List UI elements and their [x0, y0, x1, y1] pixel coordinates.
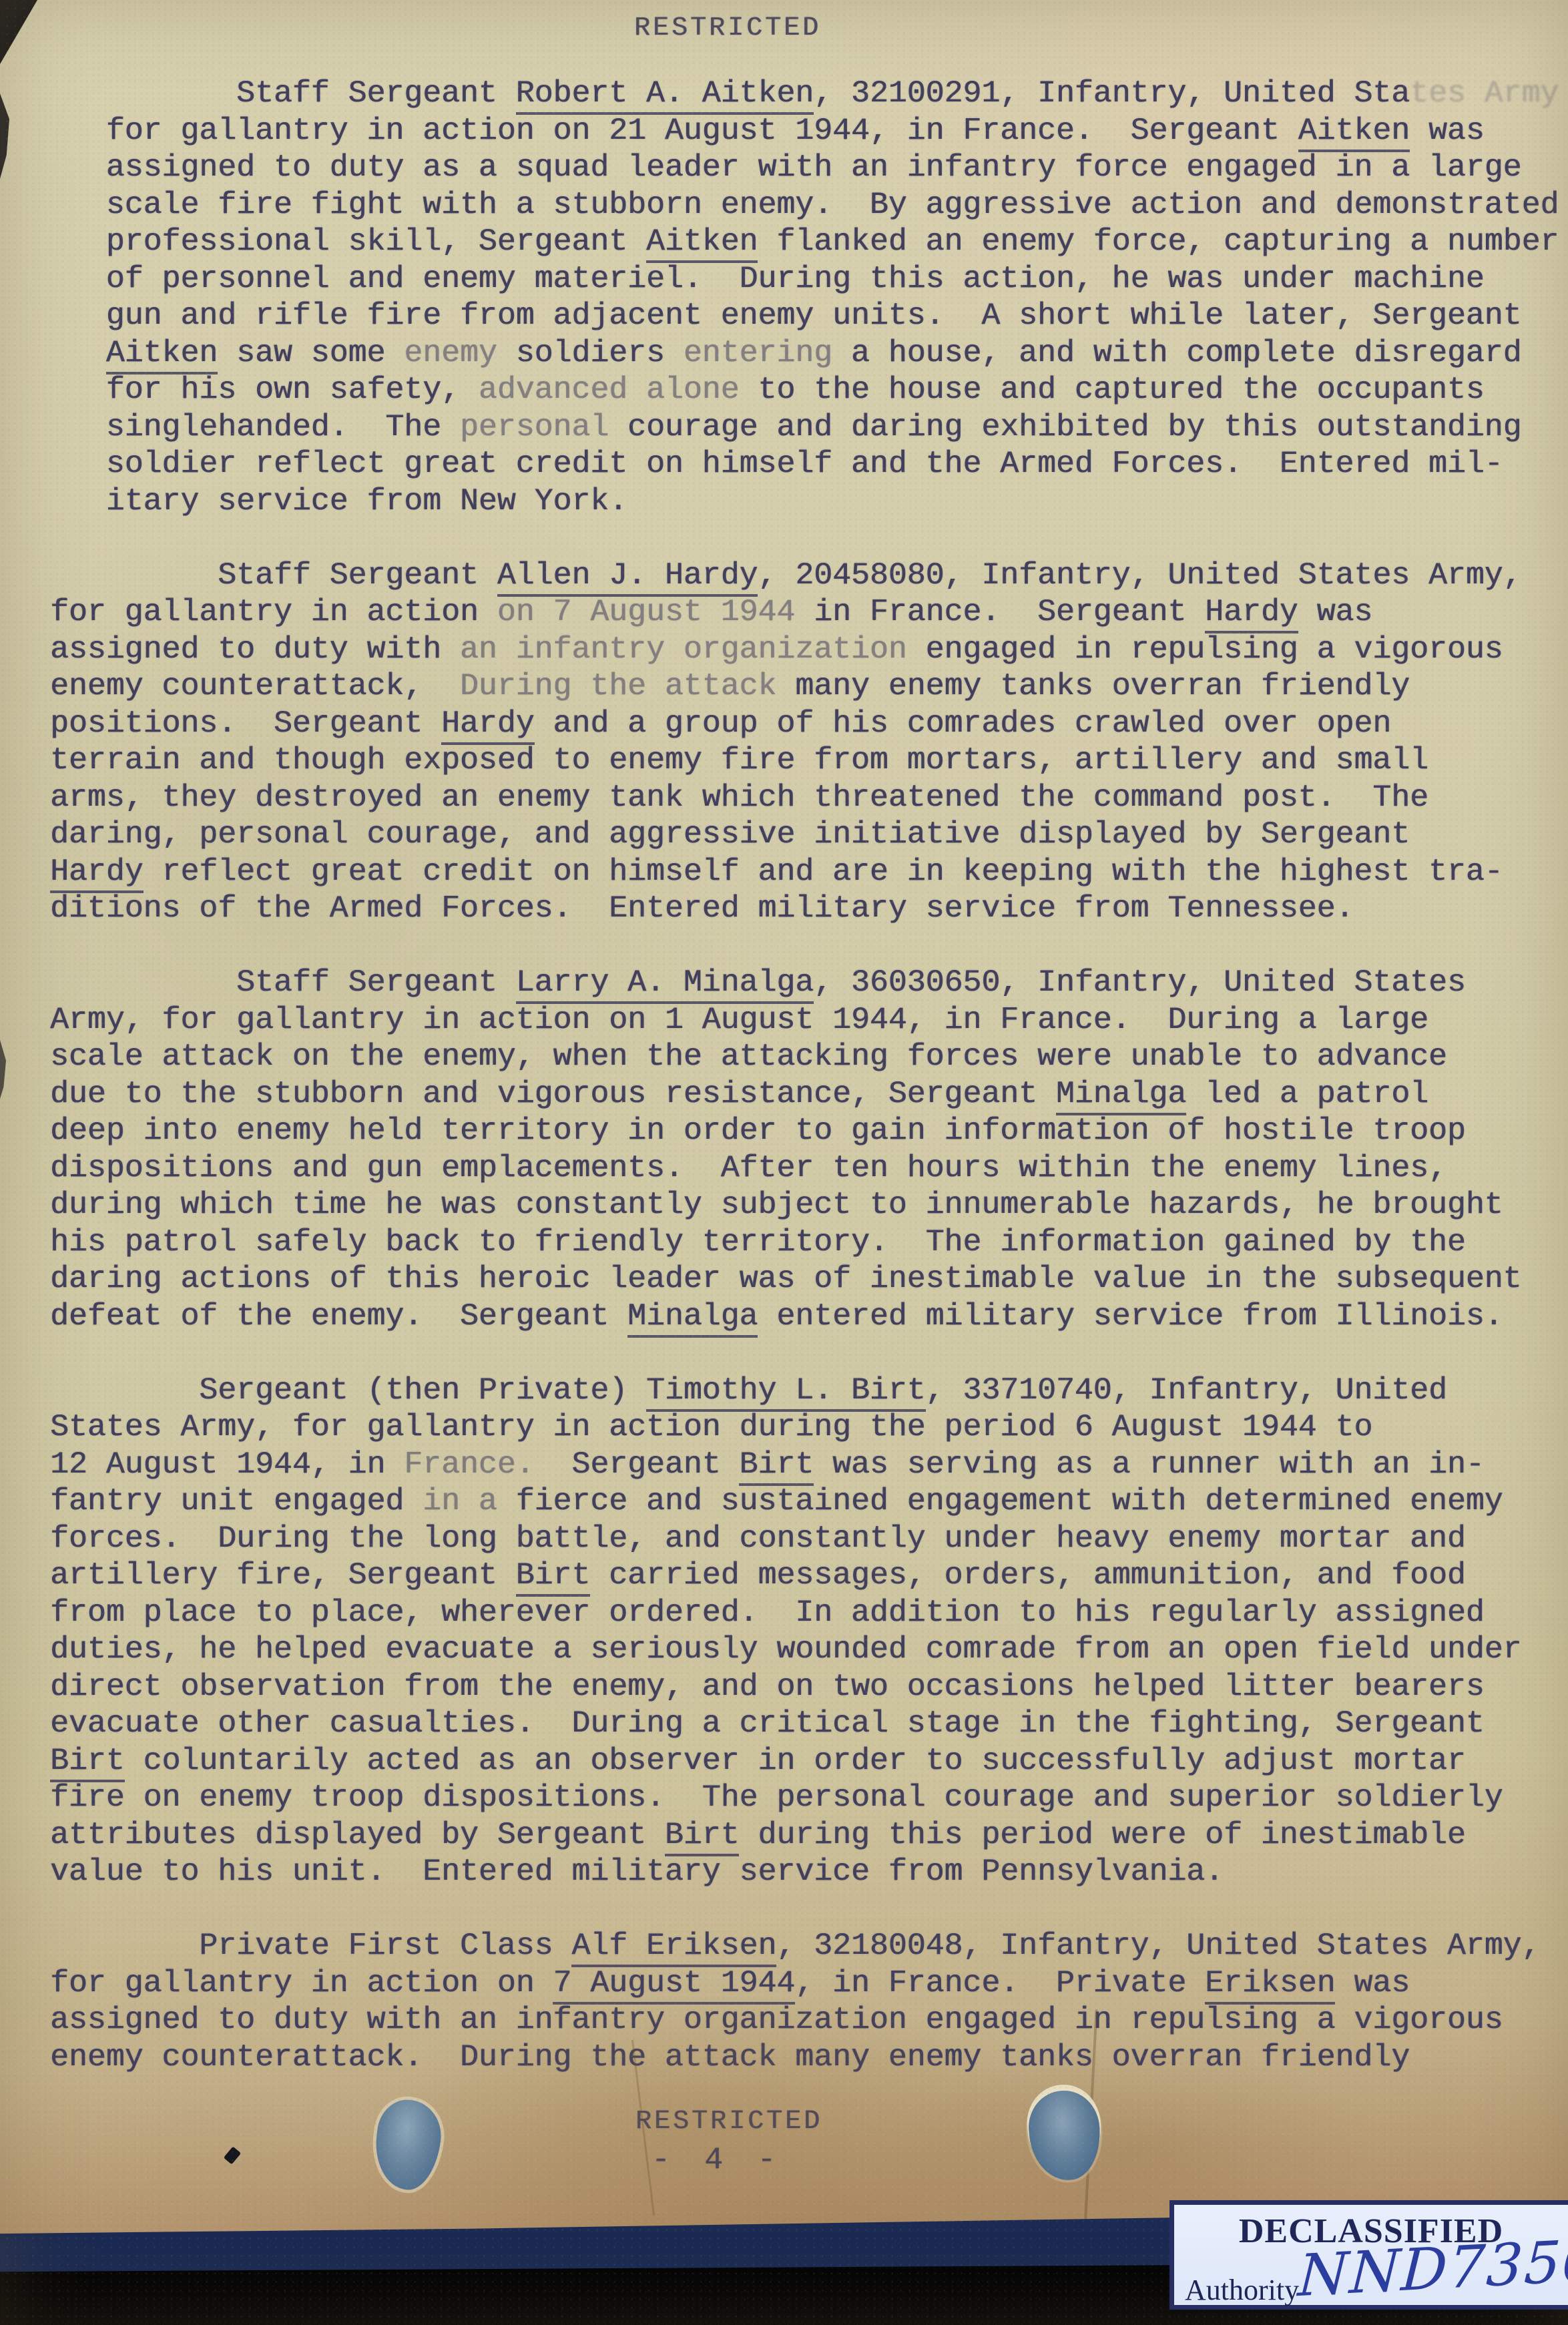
- text-line: his patrol safely back to friendly terri…: [50, 1224, 1568, 1261]
- text-line: fire on enemy troop dispositions. The pe…: [50, 1779, 1568, 1816]
- text-line: arms, they destroyed an enemy tank which…: [50, 779, 1568, 816]
- authority-row: AuthorityNND735017: [1174, 2247, 1568, 2314]
- text-line: ditions of the Armed Forces. Entered mil…: [50, 890, 1568, 927]
- text-line: value to his unit. Entered military serv…: [50, 1853, 1568, 1890]
- text-line: Staff Sergeant Allen J. Hardy, 20458080,…: [50, 557, 1568, 594]
- text-line: attributes displayed by Sergeant Birt du…: [50, 1816, 1568, 1854]
- citation-paragraph: Staff Sergeant Robert A. Aitken, 3210029…: [50, 75, 1568, 519]
- text-line: direct observation from the enemy, and o…: [50, 1668, 1568, 1706]
- text-line: evacuate other casualties. During a crit…: [50, 1705, 1568, 1742]
- text-line: Aitken saw some enemy soldiers entering …: [50, 334, 1568, 372]
- text-line: forces. During the long battle, and cons…: [50, 1520, 1568, 1557]
- document-body: Staff Sergeant Robert A. Aitken, 3210029…: [50, 75, 1568, 2113]
- text-line: States Army, for gallantry in action dur…: [50, 1408, 1568, 1446]
- document-page: RESTRICTED Staff Sergeant Robert A. Aitk…: [0, 0, 1568, 2325]
- text-line: Hardy reflect great credit on himself an…: [50, 853, 1568, 890]
- text-line: assigned to duty with an infantry organi…: [50, 2001, 1568, 2039]
- text-line: fantry unit engaged in a fierce and sust…: [50, 1483, 1568, 1520]
- text-line: Army, for gallantry in action on 1 Augus…: [50, 1001, 1568, 1039]
- scan-edge-artifact: [0, 1040, 6, 1099]
- text-line: deep into enemy held territory in order …: [50, 1112, 1568, 1149]
- text-line: Staff Sergeant Robert A. Aitken, 3210029…: [50, 75, 1568, 112]
- citation-paragraph: Private First Class Alf Eriksen, 3218004…: [50, 1927, 1568, 2075]
- text-line: dispositions and gun emplacements. After…: [50, 1149, 1568, 1187]
- text-line: terrain and though exposed to enemy fire…: [50, 742, 1568, 779]
- text-line: of personnel and enemy materiel. During …: [50, 260, 1568, 298]
- citation-paragraph: Sergeant (then Private) Timothy L. Birt,…: [50, 1372, 1568, 1890]
- text-line: gun and rifle fire from adjacent enemy u…: [50, 297, 1568, 334]
- text-line: for gallantry in action on 7 August 1944…: [50, 1965, 1568, 2002]
- declassified-stamp: DECLASSIFIED AuthorityNND735017: [1169, 2200, 1568, 2310]
- text-line: for his own safety, advanced alone to th…: [50, 371, 1568, 409]
- text-line: singlehanded. The personal courage and d…: [50, 409, 1568, 446]
- text-line: daring, personal courage, and aggressive…: [50, 816, 1568, 853]
- page-number: - 4 -: [0, 2143, 1435, 2177]
- text-line: assigned to duty as a squad leader with …: [50, 149, 1568, 186]
- classification-header: RESTRICTED: [0, 13, 1455, 43]
- text-line: enemy counterattack. During the attack m…: [50, 2039, 1568, 2076]
- authority-label: Authority: [1185, 2274, 1299, 2306]
- text-line: scale attack on the enemy, when the atta…: [50, 1038, 1568, 1075]
- text-line: assigned to duty with an infantry organi…: [50, 631, 1568, 668]
- text-line: daring actions of this heroic leader was…: [50, 1260, 1568, 1298]
- text-line: for gallantry in action on 21 August 194…: [50, 112, 1568, 150]
- text-line: Private First Class Alf Eriksen, 3218004…: [50, 1927, 1568, 1965]
- text-line: positions. Sergeant Hardy and a group of…: [50, 705, 1568, 742]
- text-line: scale fire fight with a stubborn enemy. …: [50, 186, 1568, 224]
- text-line: Sergeant (then Private) Timothy L. Birt,…: [50, 1372, 1568, 1409]
- text-line: enemy counterattack, During the attack m…: [50, 668, 1568, 705]
- classification-footer: RESTRICTED: [0, 2107, 1458, 2137]
- text-line: during which time he was constantly subj…: [50, 1186, 1568, 1224]
- text-line: professional skill, Sergeant Aitken flan…: [50, 223, 1568, 260]
- citation-paragraph: Staff Sergeant Larry A. Minalga, 3603065…: [50, 964, 1568, 1334]
- text-line: 12 August 1944, in France. Sergeant Birt…: [50, 1446, 1568, 1483]
- citation-paragraph: Staff Sergeant Allen J. Hardy, 20458080,…: [50, 557, 1568, 927]
- text-line: defeat of the enemy. Sergeant Minalga en…: [50, 1298, 1568, 1335]
- scan-edge-artifact: [0, 93, 9, 179]
- text-line: artillery fire, Sergeant Birt carried me…: [50, 1557, 1568, 1594]
- text-line: duties, he helped evacuate a seriously w…: [50, 1631, 1568, 1668]
- text-line: soldier reflect great credit on himself …: [50, 445, 1568, 483]
- text-line: due to the stubborn and vigorous resista…: [50, 1075, 1568, 1113]
- text-line: Birt coluntarily acted as an observer in…: [50, 1742, 1568, 1780]
- text-line: from place to place, wherever ordered. I…: [50, 1594, 1568, 1631]
- text-line: for gallantry in action on 7 August 1944…: [50, 593, 1568, 631]
- text-line: itary service from New York.: [50, 483, 1568, 520]
- text-line: Staff Sergeant Larry A. Minalga, 3603065…: [50, 964, 1568, 1001]
